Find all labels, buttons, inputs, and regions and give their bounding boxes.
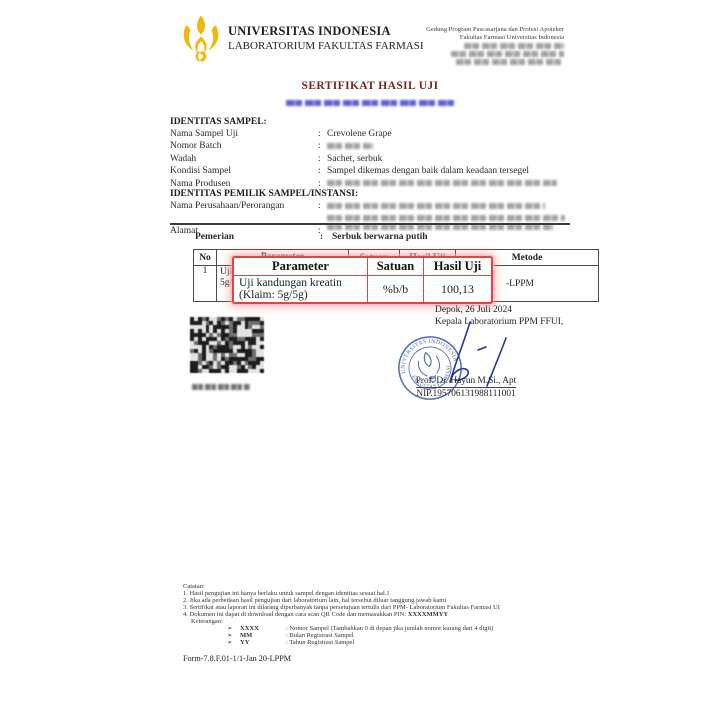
col-header-no: No	[194, 250, 217, 266]
cell-no: 1	[194, 266, 217, 302]
overlay-cell-hasil: 100,13	[423, 276, 491, 302]
overlay-header-hasil: Hasil Uji	[423, 258, 491, 276]
qr-code-block	[190, 317, 265, 396]
field-label: Wadah	[170, 153, 318, 165]
note-item: 4. Dokumen ini dapat di download dengan …	[183, 612, 553, 618]
letterhead-address: Gedung Program Pascasarjana dan Profesi …	[426, 26, 564, 66]
signatory-identity: Prof. Dr. Hayun M.Si., Apt NIP.195706131…	[400, 376, 532, 399]
place-date: Depok, 26 Juli 2024	[435, 304, 563, 316]
separator: :	[318, 128, 327, 140]
field-label: Nomor Batch	[170, 140, 318, 152]
field-value: Serbuk berwarna putih	[332, 232, 428, 242]
field-nomor-batch: Nomor Batch :	[170, 140, 570, 152]
form-number: Form-7.8.F.01-1/1-Jan 20-LPPM	[183, 654, 291, 663]
pin-redacted-caption	[192, 384, 250, 390]
footnotes: Catatan: 1. Hasil pengujian ini hanya be…	[183, 584, 553, 647]
field-label: Pemerian	[195, 232, 320, 242]
overlay-header-satuan: Satuan	[367, 258, 423, 276]
field-wadah: Wadah : Sachet, serbuk	[170, 153, 570, 165]
redacted-value	[327, 143, 373, 149]
field-label: Kondisi Sampel	[170, 165, 318, 177]
field-value: Crevolene Grape	[327, 128, 570, 140]
field-nama-sampel-uji: Nama Sampel Uji : Crevolene Grape	[170, 128, 570, 140]
department-name: LABORATORIUM FAKULTAS FARMASI	[228, 40, 424, 52]
email-redacted-line	[456, 59, 564, 65]
note-item-text: 4. Dokumen ini dapat di download dengan …	[183, 611, 408, 618]
certificate-document-page: UNIVERSITAS INDONESIA LABORATORIUM FAKUL…	[0, 0, 726, 726]
separator: :	[318, 165, 327, 177]
separator: :	[318, 153, 327, 165]
university-name: UNIVERSITAS INDONESIA	[228, 24, 424, 39]
legend-desc: : Tahun Registrasi Sampel	[286, 640, 354, 646]
field-pemerian: Pemerian : Serbuk berwarna putih	[195, 232, 570, 242]
section-owner-identity: IDENTITAS PEMILIK SAMPEL/INSTANSI: Nama …	[170, 189, 570, 238]
signatory-nip: NIP.195706131988111001	[400, 389, 532, 399]
overlay-cell-satuan: %b/b	[367, 276, 423, 302]
document-title: SERTIFIKAT HASIL UJI	[170, 80, 570, 92]
redacted-value	[327, 215, 565, 221]
section-heading: IDENTITAS SAMPEL:	[170, 117, 570, 128]
ui-makara-logo	[178, 14, 224, 64]
signatory-name: Prof. Dr. Hayun M.Si., Apt	[416, 376, 516, 388]
legend-row-xxxx: ➢ XXXX : Nomor Sampel (Tambahkan 0 di de…	[183, 626, 553, 632]
field-value: Sampel dikemas dengan baik dalam keadaan…	[327, 165, 570, 177]
letterhead: UNIVERSITAS INDONESIA LABORATORIUM FAKUL…	[178, 12, 564, 68]
address-line-2: Fakultas Farmasi Universitas Indonesia	[426, 34, 564, 42]
overlay-header-parameter: Parameter	[234, 258, 367, 276]
separator: :	[318, 200, 327, 212]
section-sample-identity: IDENTITAS SAMPEL: Nama Sampel Uji : Crev…	[170, 117, 570, 190]
highlight-zoom-overlay: Parameter Satuan Hasil Uji Uji kandungan…	[232, 256, 493, 304]
section-heading: IDENTITAS PEMILIK SAMPEL/INSTANSI:	[170, 189, 570, 200]
sample-number-redacted	[286, 100, 454, 106]
parameter-line-1: Uji kandungan kreatin	[239, 277, 342, 289]
redacted-value	[327, 203, 545, 209]
parameter-line-2: (Klaim: 5g/5g)	[239, 289, 308, 301]
field-label: Nama Sampel Uji	[170, 128, 318, 140]
field-label: Nama Perusahaan/Perorangan	[170, 200, 318, 212]
section-divider	[170, 223, 570, 225]
address-redacted-line	[464, 43, 564, 49]
redacted-value	[327, 180, 557, 186]
address-line-1: Gedung Program Pascasarjana dan Profesi …	[426, 26, 564, 34]
overlay-cell-parameter: Uji kandungan kreatin (Klaim: 5g/5g)	[234, 276, 367, 302]
legend-row-mm: ➢ MM : Bulan Registrasi Sampel	[183, 633, 553, 639]
field-kondisi-sampel: Kondisi Sampel : Sampel dikemas dengan b…	[170, 165, 570, 177]
field-nama-perusahaan: Nama Perusahaan/Perorangan :	[170, 200, 570, 212]
separator: :	[320, 232, 332, 242]
legend-row-yy: ➢ YY : Tahun Registrasi Sampel	[183, 640, 553, 646]
qr-code	[190, 317, 264, 373]
phone-redacted-line	[451, 51, 564, 57]
separator: :	[318, 140, 327, 152]
field-value: Sachet, serbuk	[327, 153, 570, 165]
legend-code: YY	[240, 640, 286, 646]
pin-format: XXXXMMYY	[408, 611, 448, 618]
arrow-bullet-icon: ➢	[227, 640, 240, 646]
